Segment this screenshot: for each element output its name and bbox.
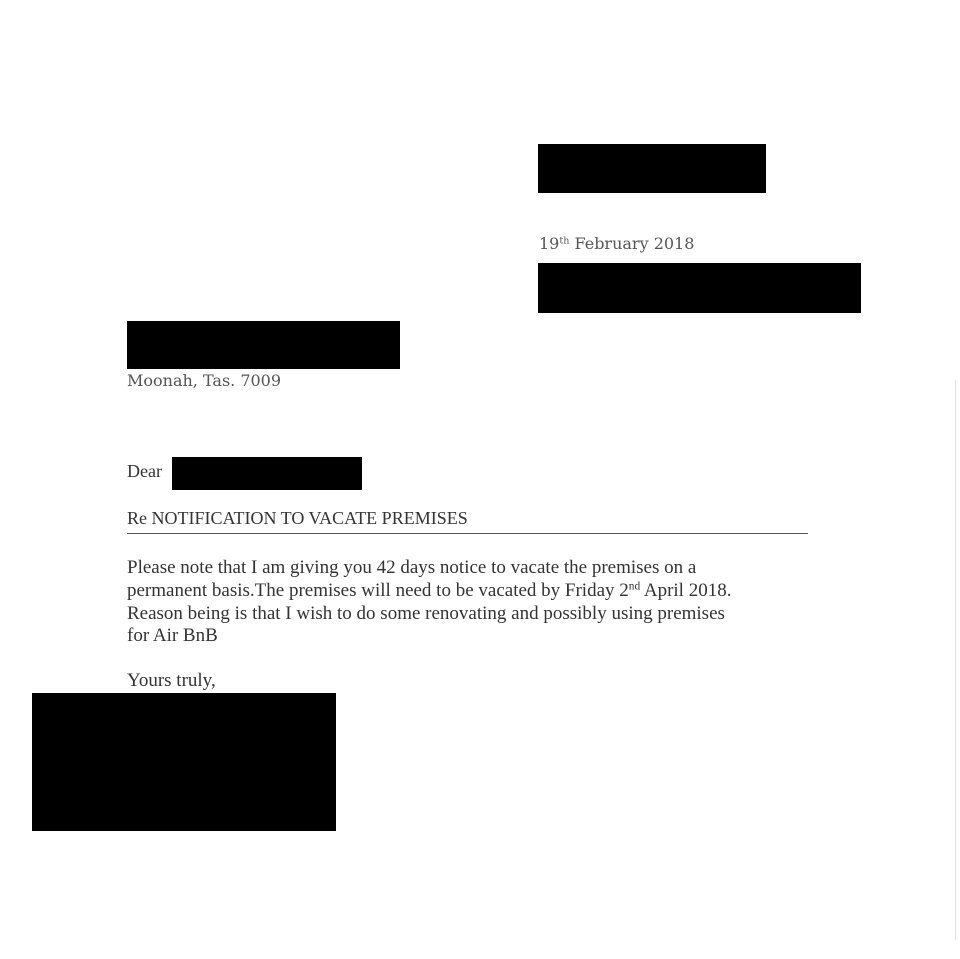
subject-underline xyxy=(127,533,808,534)
body-line-3: Reason being is that I wish to do some r… xyxy=(127,603,725,625)
recipient-city: Moonah, Tas. 7009 xyxy=(127,371,281,390)
closing: Yours truly, xyxy=(127,670,216,692)
letter-date: 19th February 2018 xyxy=(539,234,694,253)
redacted-sender-address xyxy=(538,263,861,313)
scan-edge-line xyxy=(955,380,956,940)
redacted-sender-name xyxy=(538,144,766,193)
redacted-signature xyxy=(32,693,336,831)
subject-line: Re NOTIFICATION TO VACATE PREMISES xyxy=(127,508,468,529)
body-line-1: Please note that I am giving you 42 days… xyxy=(127,557,696,579)
salutation: Dear xyxy=(127,461,162,482)
redacted-addressee-name xyxy=(172,457,362,490)
redacted-recipient-name xyxy=(127,321,400,369)
body-line-4: for Air BnB xyxy=(127,625,218,647)
body-line-2: permanent basis.The premises will need t… xyxy=(127,580,731,602)
